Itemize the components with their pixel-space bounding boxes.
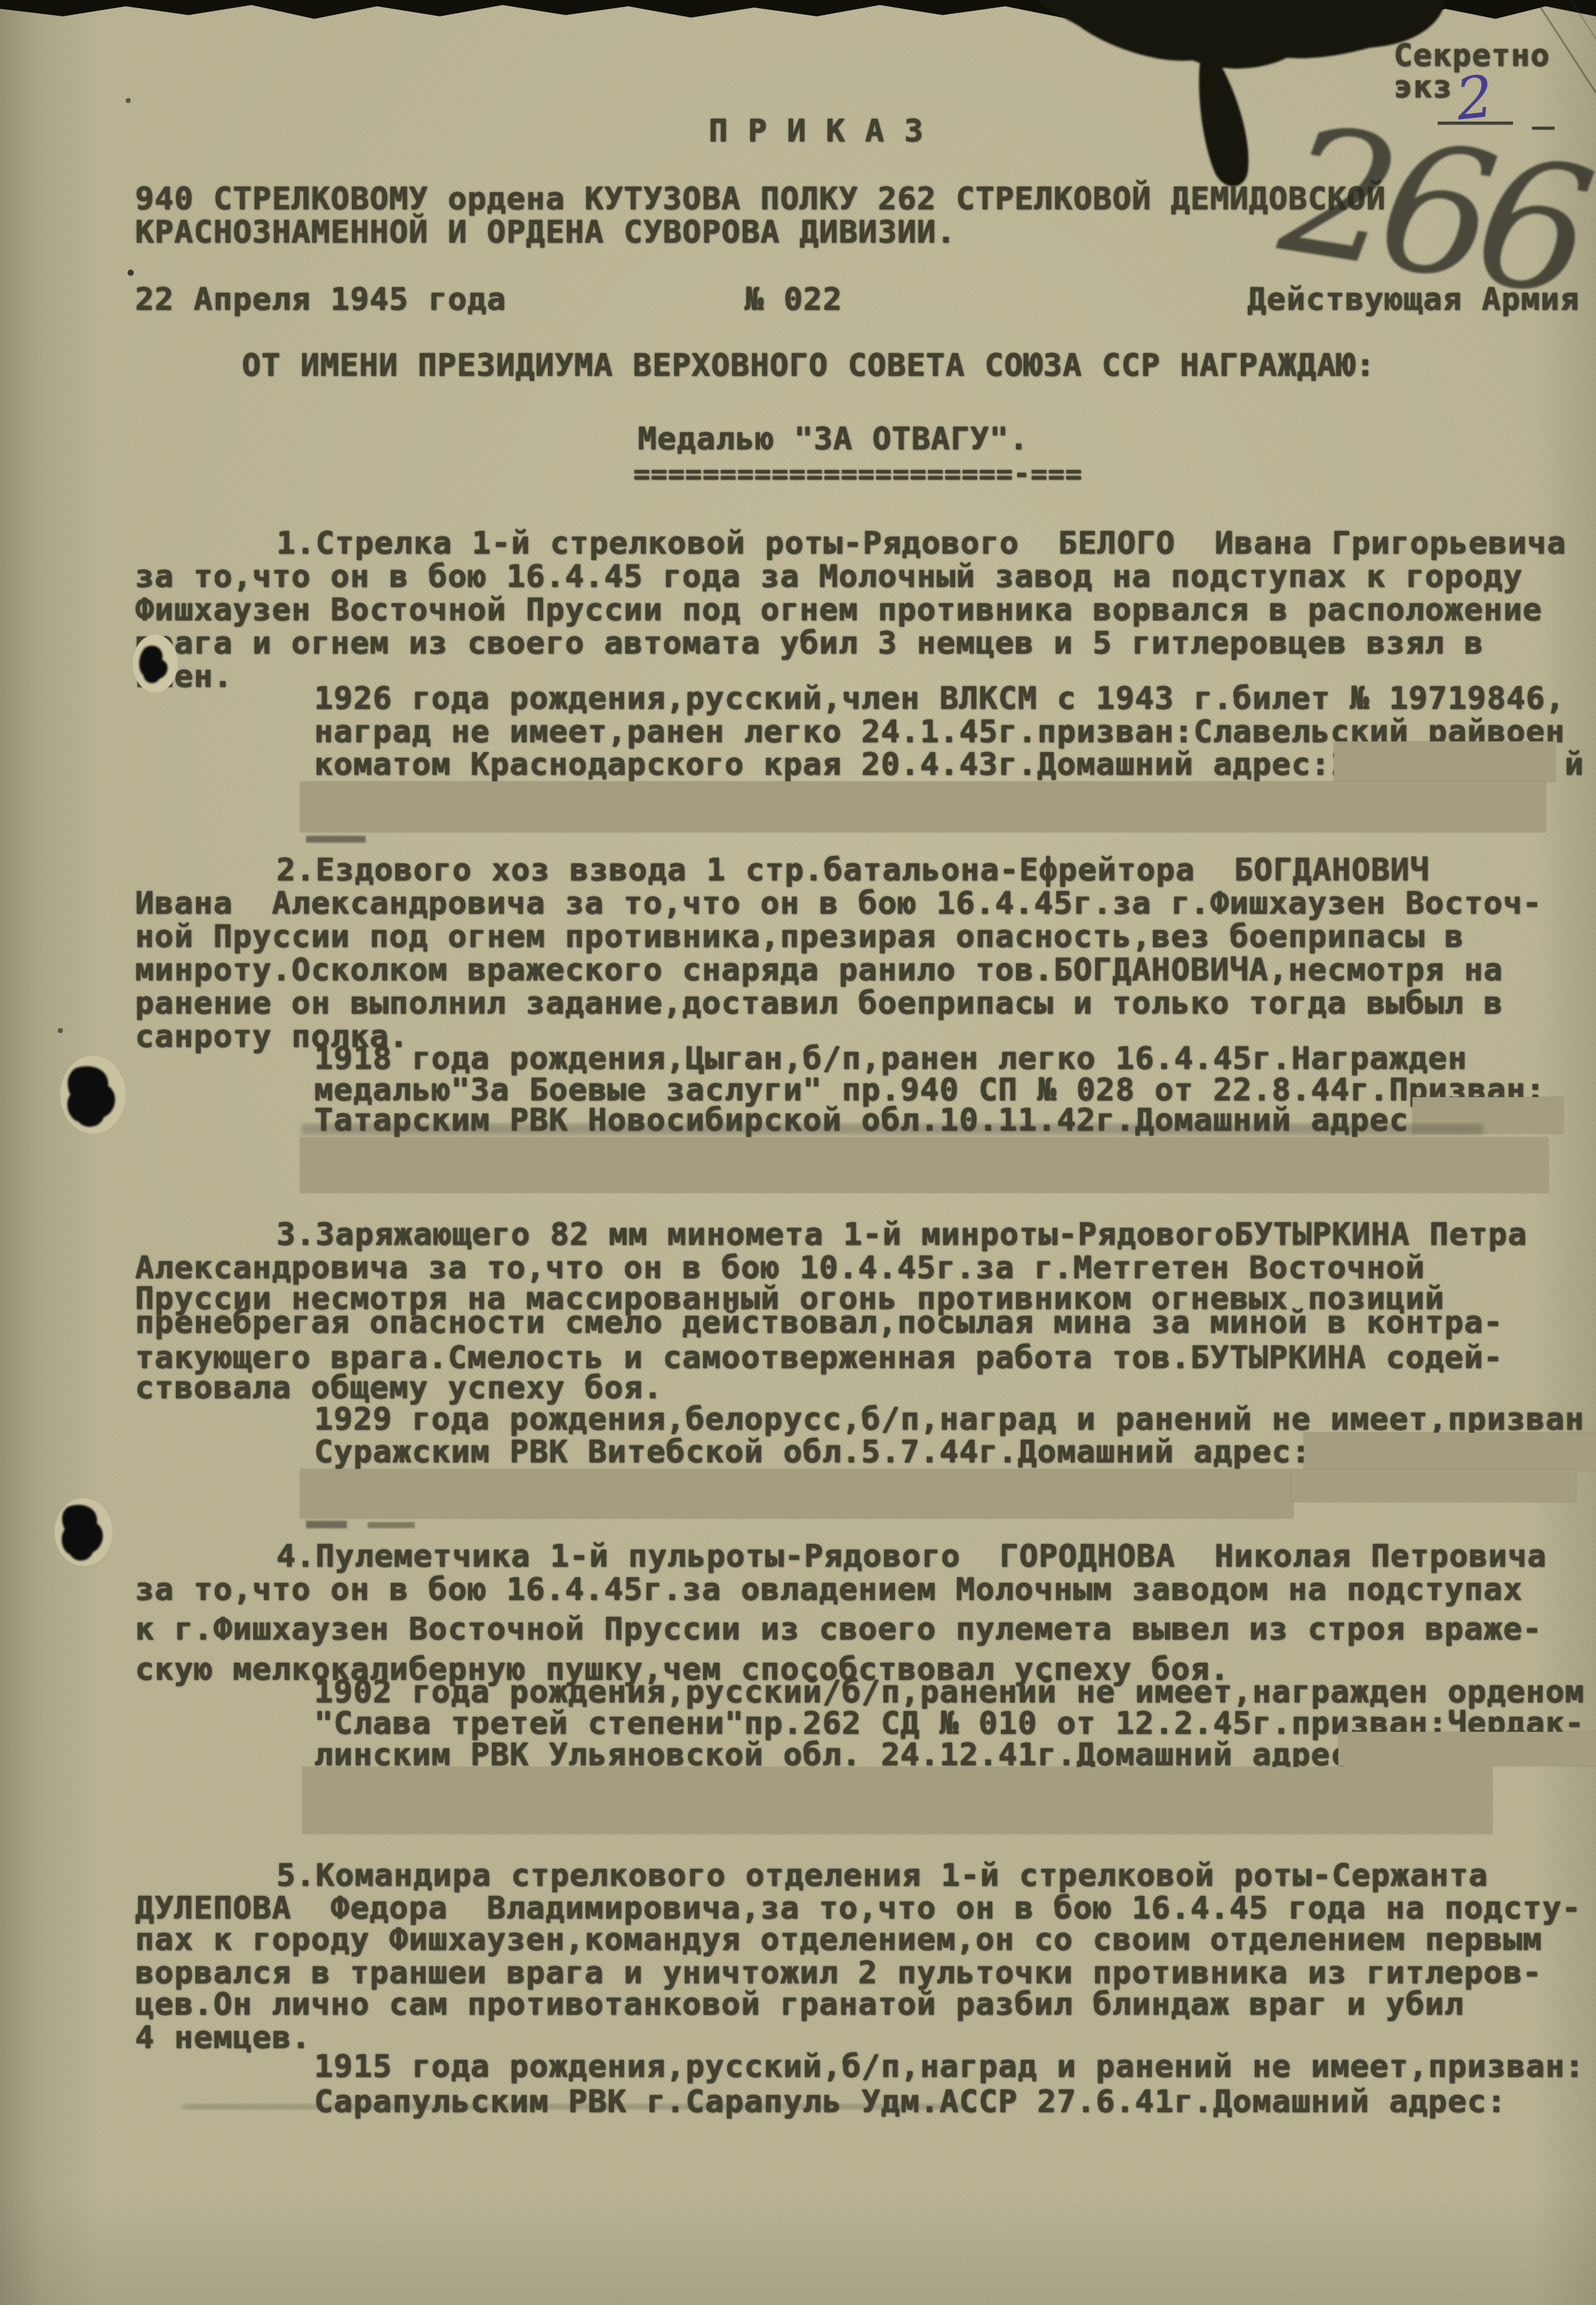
redaction-block — [300, 1137, 1548, 1193]
text-smudge — [306, 1521, 347, 1528]
torn-scan-edge — [0, 0, 1596, 21]
redaction-block — [1413, 1097, 1563, 1134]
entry-2-line: ной Пруссии под огнем противника,презира… — [135, 920, 1464, 953]
redaction-block — [1304, 1433, 1596, 1470]
entry-5-line: цев.Он лично сам противотанковой гранато… — [135, 1988, 1464, 2021]
entry-5-line: пах к городу Фишхаузен,командуя отделени… — [135, 1923, 1542, 1956]
entry-4-line: к г.Фишхаузен Восточной Пруссии из своег… — [135, 1612, 1542, 1646]
copy-label: экз — [1394, 70, 1452, 104]
paper-speck — [128, 270, 134, 276]
entry-4-line: 4.Пулеметчика 1-й пульроты-Рядового ГОРО… — [276, 1540, 1547, 1573]
entry-3-detail: Суражским РВК Витебской обл.5.7.44г.Дома… — [314, 1435, 1311, 1469]
addressee-line: КРАСНОЗНАМЕННОЙ И ОРДЕНА СУВОРОВА ДИВИЗИ… — [135, 216, 956, 249]
redaction-block — [300, 1469, 1293, 1518]
entry-3-line: пренебрегая опасности смело действовал,п… — [135, 1306, 1503, 1339]
entry-1-detail: 1926 года рождения,русский,член ВЛКСМ с … — [314, 682, 1565, 715]
entry-4-detail: 1902 года рождения,русский/б/п,ранений н… — [314, 1675, 1585, 1709]
entry-2-line: минроту.Осколком вражеского снаряда рани… — [135, 953, 1503, 987]
entry-5-line: ДУЛЕПОВА Федора Владимировича,за то,что … — [135, 1892, 1582, 1925]
entry-2-line: Ивана Александровича за то,что он в бою … — [135, 887, 1542, 920]
entry-3-detail: 1929 года рождения,белорусс,б/п,наград и… — [314, 1403, 1585, 1436]
order-date: 22 Апреля 1945 года — [135, 283, 506, 316]
addressee-line: 940 СТРЕЛКОВОМУ ордена КУТУЗОВА ПОЛКУ 26… — [135, 182, 1386, 216]
entry-2-detail: Татарским РВК Новосибирской обл.10.11.42… — [314, 1103, 1409, 1137]
entry-1-line: Фишхаузен Восточной Пруссии под огнем пр… — [135, 593, 1542, 627]
entry-5-detail: Сарапульским РВК г.Сарапуль Удм.АССР 27.… — [314, 2085, 1506, 2118]
paper-speck — [126, 98, 131, 103]
entry-1-line: врага и огнем из своего автомата убил 3 … — [135, 627, 1484, 660]
award-underline: ======================-=== — [633, 457, 1083, 491]
entry-1-detail: коматом Краснодарского края 20.4.43г.Дом… — [314, 748, 1350, 781]
entry-5-line: 5.Командира стрелкового отделения 1-й ст… — [276, 1859, 1488, 1892]
entry-1-detail-suffix: й — [1565, 748, 1584, 781]
army-status: Действующая Армия — [1247, 283, 1580, 316]
preamble: ОТ ИМЕНИ ПРЕЗИДИУМА ВЕРХОВНОГО СОВЕТА СО… — [242, 349, 1375, 382]
redaction-block — [300, 782, 1546, 832]
entry-1-line: за то,что он в бою 16.4.45 года за Молоч… — [135, 560, 1522, 593]
paper-speck — [58, 1028, 63, 1033]
entry-5-line: ворвался в траншеи врага и уничтожил 2 п… — [135, 1956, 1542, 1990]
entry-2-detail: 1918 года рождения,Цыган,б/п,ранен легко… — [314, 1042, 1467, 1075]
entry-2-line: 2.Ездового хоз взвода 1 стр.батальона-Еф… — [276, 853, 1429, 887]
entry-5-detail: 1915 года рождения,русский,б/п,наград и … — [314, 2050, 1585, 2083]
redaction-block — [303, 1767, 1492, 1834]
redaction-block — [1291, 1469, 1576, 1502]
document-page: Секретно экз П Р И К А З 940 СТРЕЛКОВОМУ… — [0, 0, 1596, 2305]
text-smudge — [368, 1522, 415, 1528]
award-line: Медалью "ЗА ОТВАГУ". — [638, 422, 1029, 456]
entry-1-line: 1.Стрелка 1-й стрелковой роты-Рядового Б… — [276, 527, 1566, 560]
entry-1-line: плен. — [135, 660, 233, 693]
corner-crease — [1571, 0, 1596, 39]
copy-number-underline — [1438, 123, 1555, 128]
classification-label: Секретно — [1394, 39, 1550, 72]
text-smudge — [306, 836, 366, 843]
entry-3-line: ствовала общему успеху боя. — [135, 1371, 663, 1404]
paper-hole — [55, 1498, 112, 1566]
order-title: П Р И К А З — [709, 114, 924, 148]
entry-2-line: ранение он выполнил задание,доставил бое… — [135, 987, 1503, 1020]
redaction-block — [1338, 1732, 1596, 1766]
paper-hole — [60, 1056, 126, 1134]
entry-5-line: 4 немцев. — [135, 2021, 311, 2054]
redaction-block — [1334, 742, 1555, 782]
entry-4-line: за то,что он в бою 16.4.45г.за овладение… — [135, 1573, 1522, 1606]
entry-3-line: 3.Заряжающего 82 мм миномета 1-й минроты… — [276, 1218, 1528, 1251]
order-number: № 022 — [745, 283, 843, 316]
ink-blot — [1037, 0, 1445, 187]
